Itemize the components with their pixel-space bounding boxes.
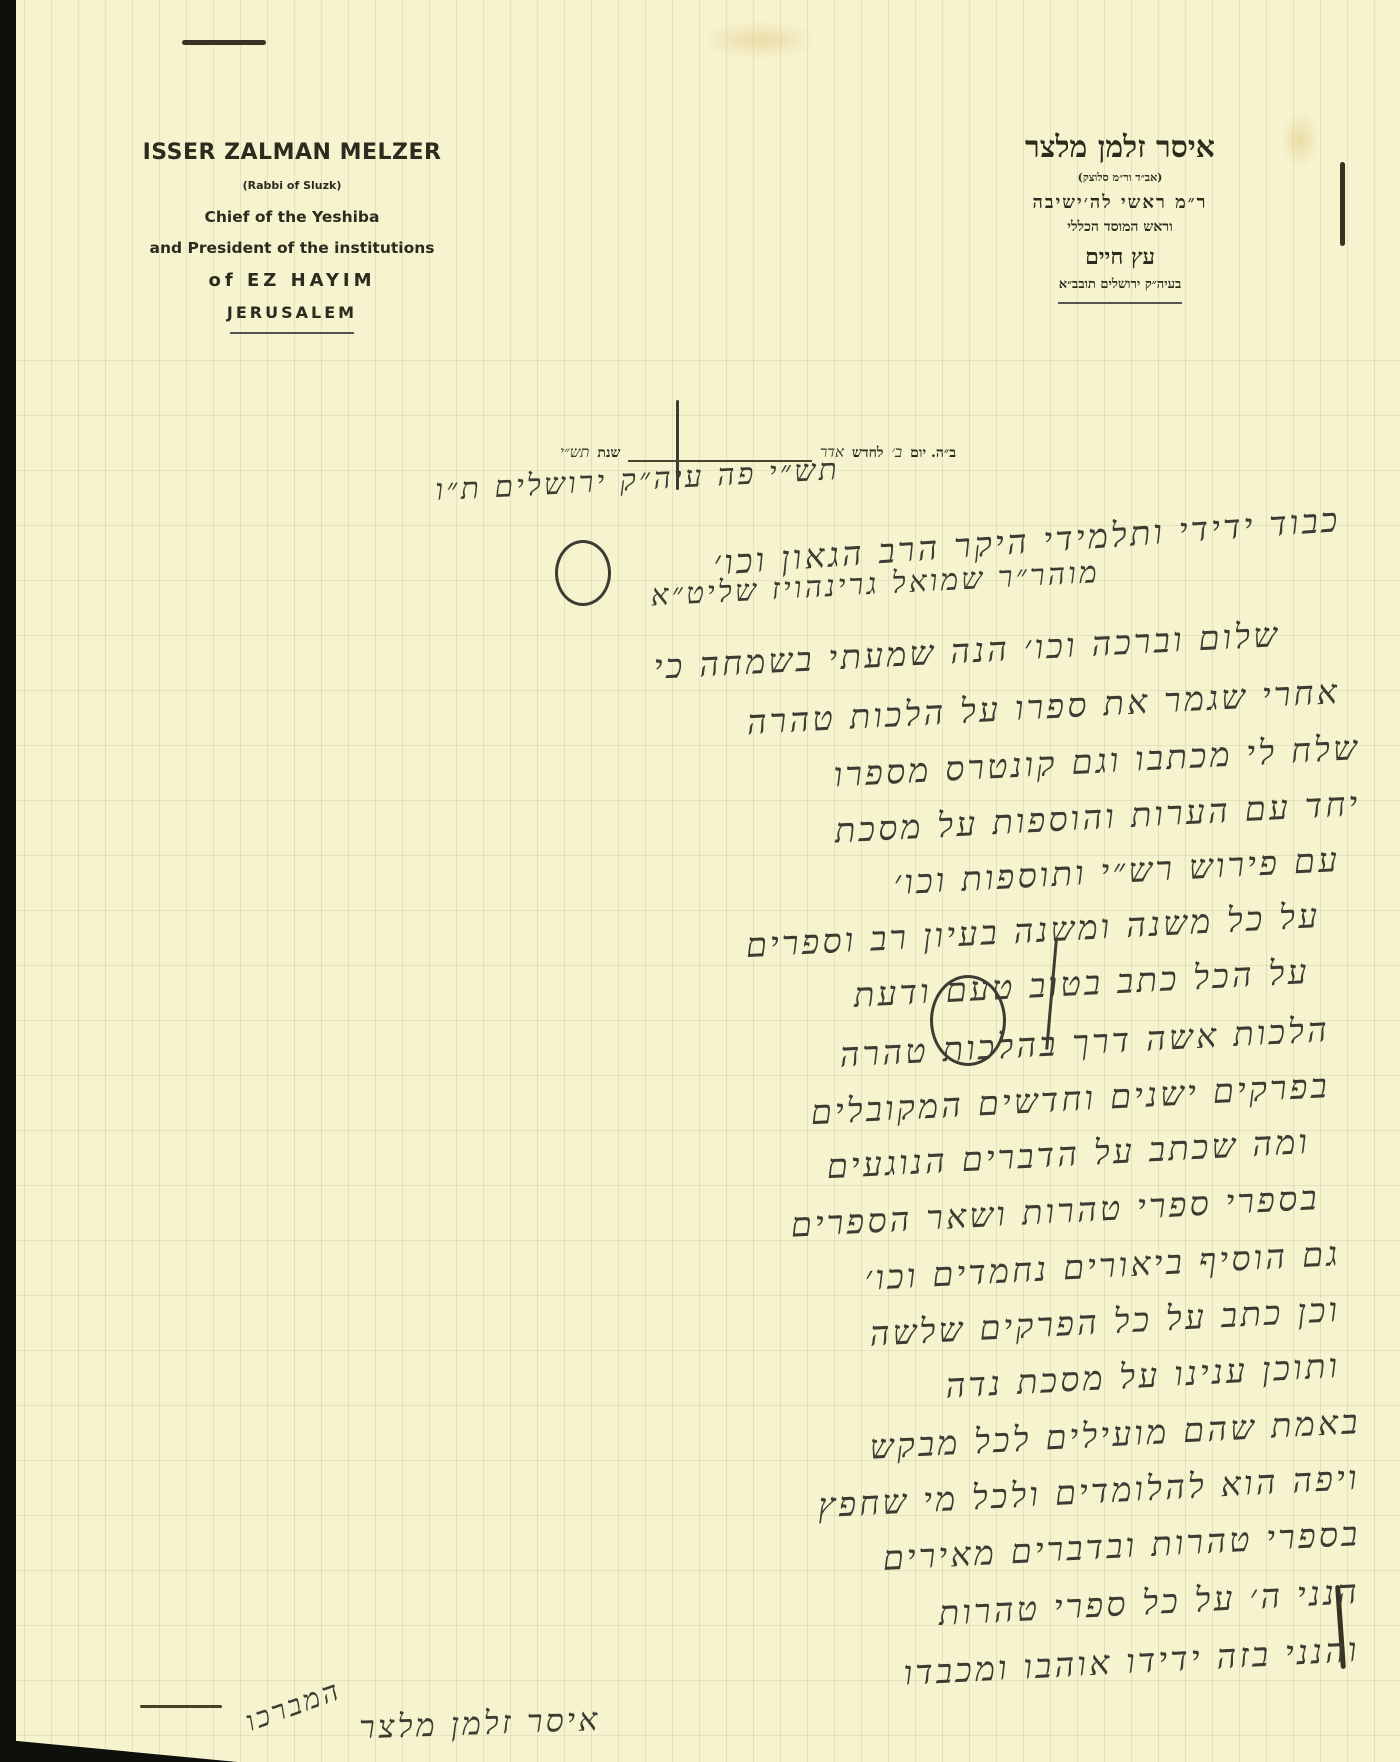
letterhead-position-en: and President of the institutions	[120, 239, 464, 257]
letterhead-title-en: Chief of the Yeshiba	[120, 208, 464, 226]
dateline-year-label: שנת	[597, 445, 620, 462]
paper-stain	[1280, 110, 1320, 170]
letterhead-city-he: בעיה״ק ירושלים תובב״א	[980, 276, 1260, 292]
letterhead-rule	[1058, 302, 1182, 304]
letterhead-subtitle-he: (אב״ד ור״מ סלוצק)	[980, 171, 1260, 184]
letterhead-name-en: ISSER ZALMAN MELZER	[120, 140, 464, 165]
handwriting-flourish	[930, 975, 1006, 1066]
letterhead-english: ISSER ZALMAN MELZER (Rabbi of Sluzk) Chi…	[120, 140, 464, 334]
letterhead-position-he: וראש המוסד הכללי	[980, 219, 1260, 236]
dateline-year: תש״י	[560, 443, 589, 462]
dateline-prefix: ב״ה. יום	[910, 445, 956, 462]
dateline-day: ב׳	[891, 443, 902, 462]
letterhead-institution-he: עץ חיים	[980, 244, 1260, 270]
ink-dash-mark	[182, 40, 266, 45]
letterhead-subtitle-en: (Rabbi of Sluzk)	[120, 179, 464, 192]
paper-stain	[700, 20, 820, 60]
letterhead-rule	[230, 332, 354, 334]
handwriting-stroke	[676, 400, 679, 490]
dateline-month-label: לחדש	[852, 445, 883, 462]
letterhead-hebrew: איסר זלמן מלצר (אב״ד ור״מ סלוצק) ר״מ ראש…	[980, 130, 1260, 304]
signature-underline	[140, 1705, 222, 1708]
handwriting-flourish	[555, 540, 611, 606]
letterhead-institution-en: of EZ HAYIM	[120, 270, 464, 291]
margin-fold-mark	[1340, 162, 1345, 246]
letterhead-city-en: JERUSALEM	[120, 303, 464, 322]
letterhead-name-he: איסר זלמן מלצר	[980, 130, 1260, 165]
letterhead-title-he: ר״מ ראשי לה׳ישיבה	[980, 192, 1260, 213]
